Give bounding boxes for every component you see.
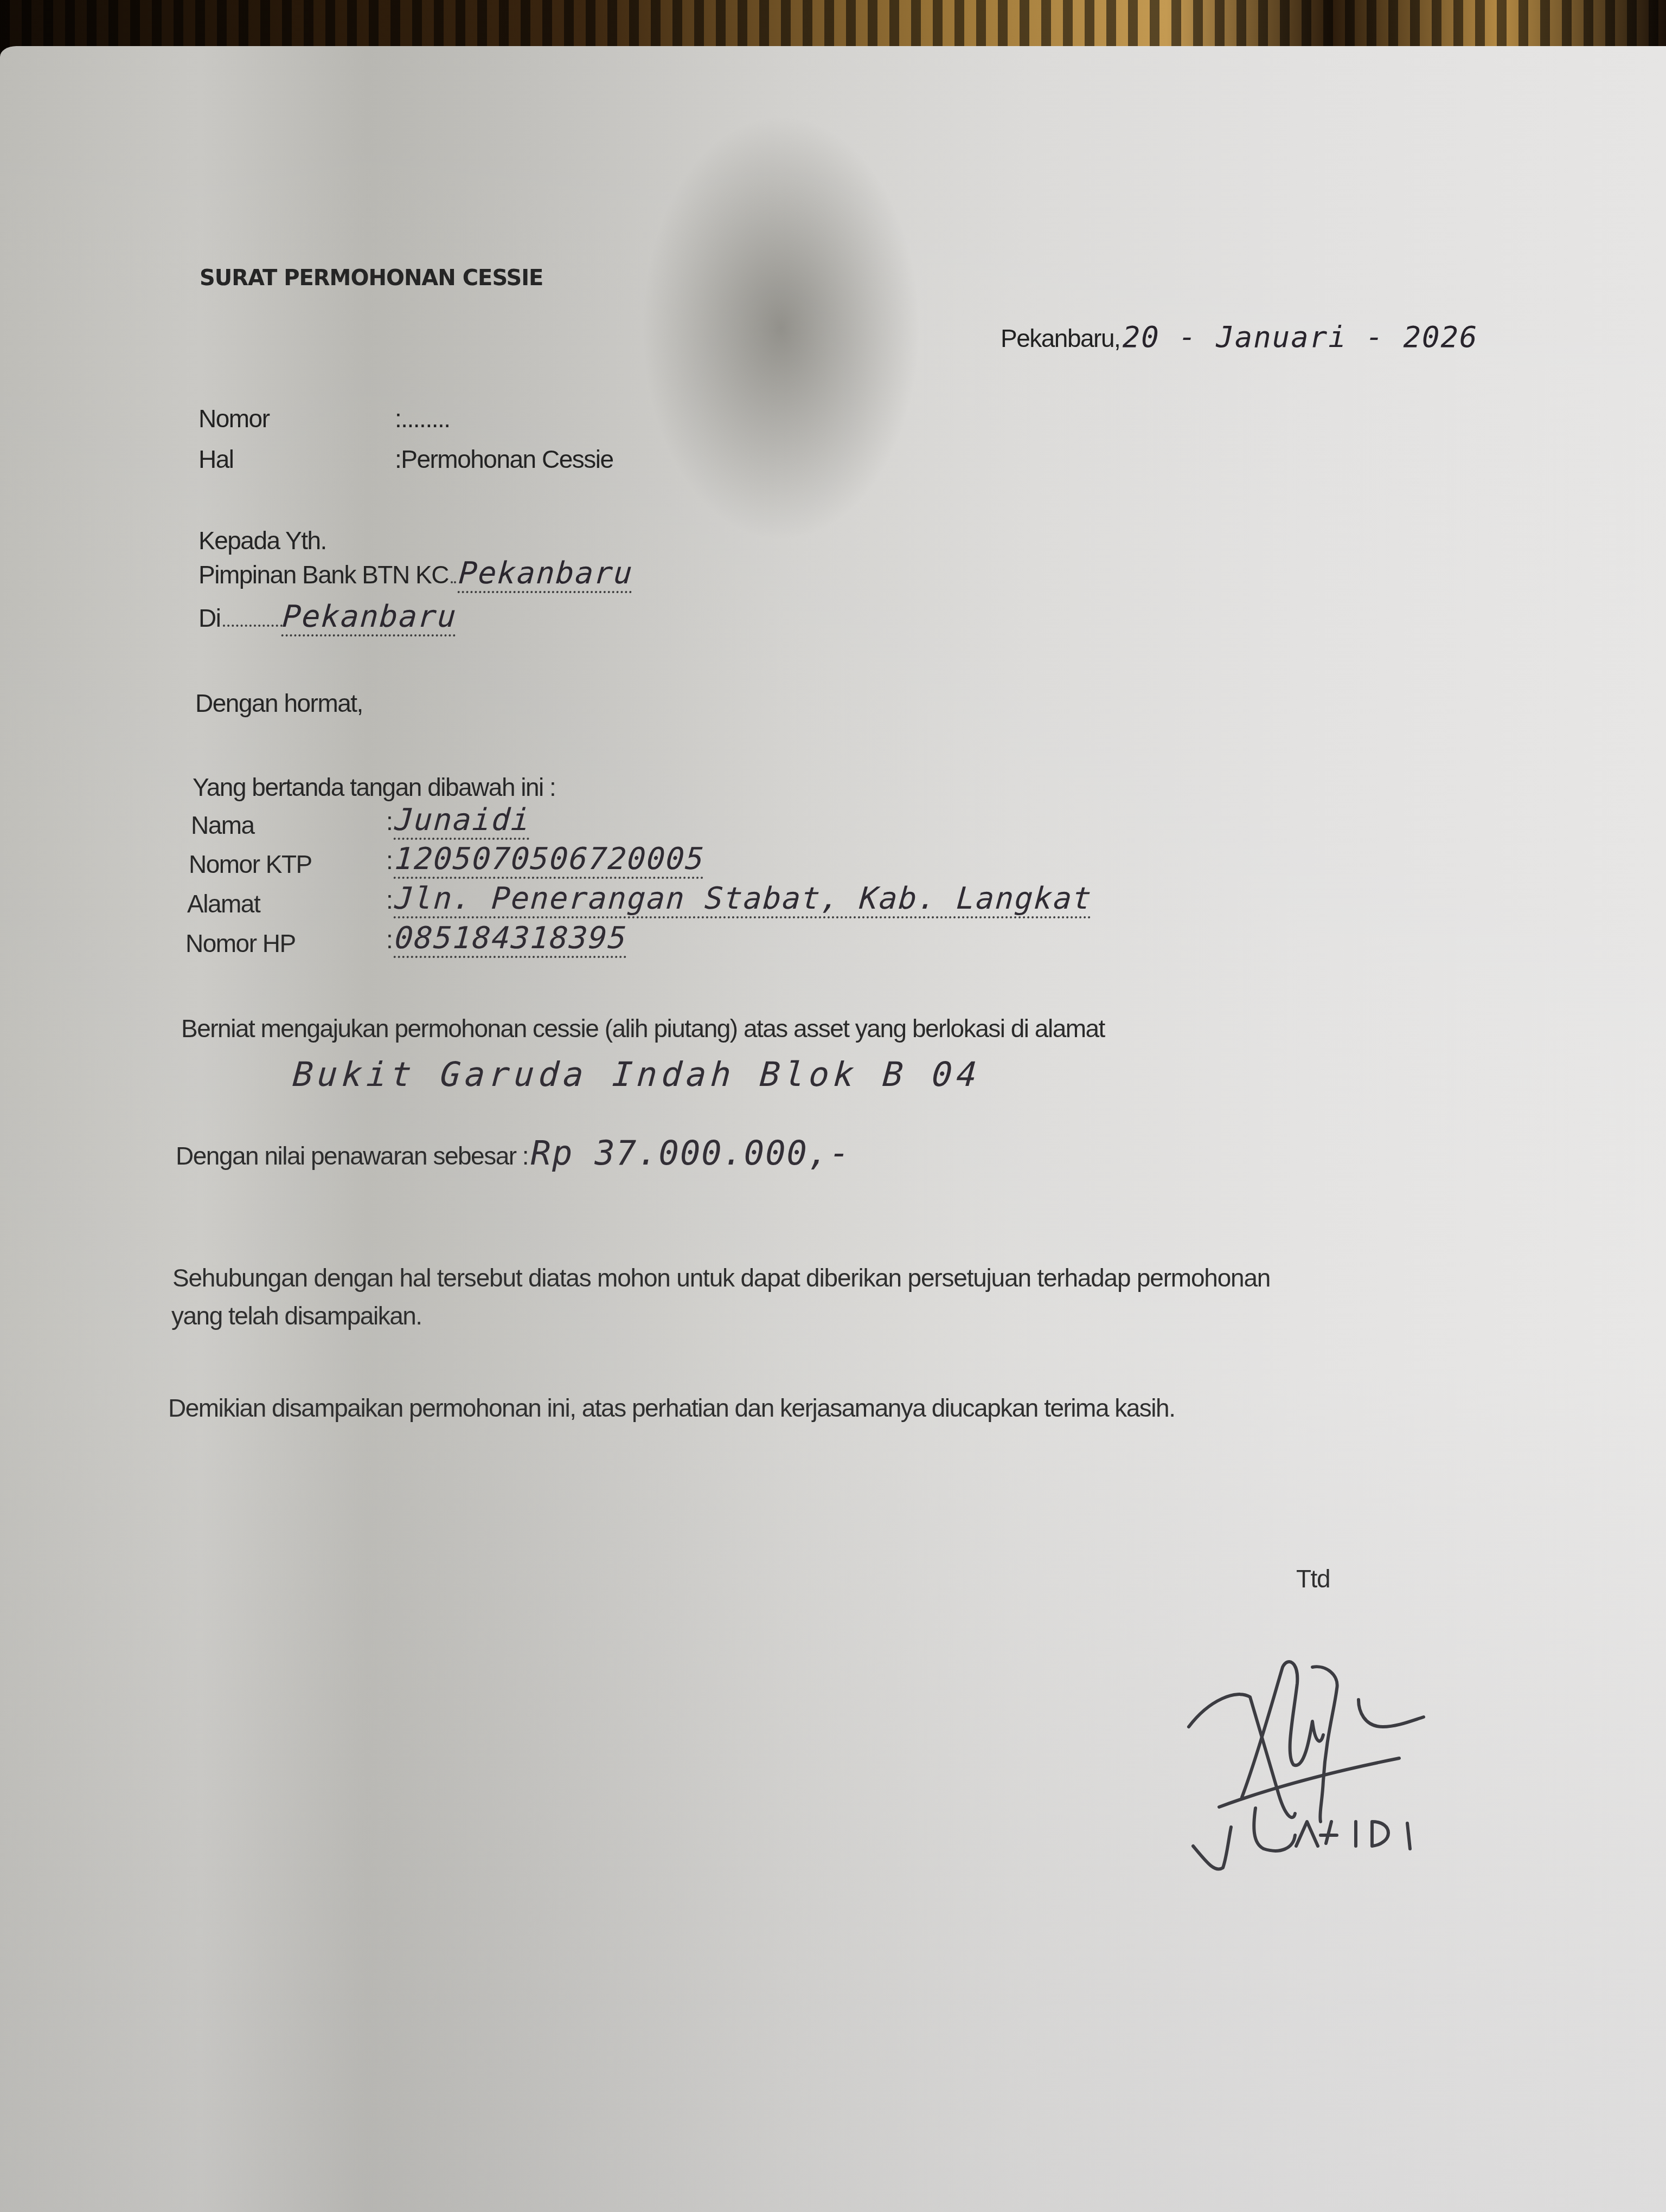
field-value-nomor: :........ (395, 404, 450, 433)
signature-name: JUNAIDI (1215, 1830, 1217, 1830)
field-label-ktp: Nomor KTP (189, 850, 312, 879)
place-label: Pekanbaru, (1001, 324, 1120, 352)
signature-scribble-icon (1177, 1635, 1481, 1873)
field-label-alamat: Alamat (187, 889, 260, 918)
field-label-hp: Nomor HP (185, 929, 296, 958)
field-value-hal: :Permohonan Cessie (395, 445, 613, 474)
intro-text: Yang bertanda tangan dibawah ini : (193, 773, 555, 802)
document-title: SURAT PERMOHONAN CESSIE (200, 266, 543, 291)
location-handwritten: Pekanbaru (281, 599, 458, 636)
field-label-nama: Nama (191, 811, 254, 840)
greeting: Dengan hormat, (195, 689, 363, 718)
date-handwritten: 20 - Januari - 2026 (1123, 320, 1478, 354)
closing-paragraph-2: Demikian disampaikan permohonan ini, ata… (168, 1393, 1175, 1423)
place-date: Pekanbaru, 20 - Januari - 2026 (1001, 320, 1478, 354)
addressee-line-location: Di Pekanbaru (198, 599, 457, 636)
offer-value-handwritten: Rp 37.000.000,- (531, 1133, 851, 1173)
asset-location-handwritten: Bukit Garuda Indah Blok B 04 (291, 1054, 982, 1094)
field-value-nama: : Junaidi (386, 802, 530, 840)
intent-text: Berniat mengajukan permohonan cessie (al… (181, 1014, 1105, 1043)
field-value-ktp: : 1205070506720005 (386, 841, 704, 879)
field-value-hp: : 085184318395 (386, 921, 627, 958)
offer-line: Dengan nilai penawaran sebesar : Rp 37.0… (176, 1133, 851, 1173)
signature-label: Ttd (1296, 1564, 1330, 1593)
branch-handwritten: Pekanbaru (457, 556, 634, 593)
addressee-salutation: Kepada Yth. (198, 526, 326, 555)
field-label-hal: Hal (198, 445, 234, 474)
letter-page: SURAT PERMOHONAN CESSIE Pekanbaru, 20 - … (0, 46, 1666, 2212)
addressee-line-branch: Pimpinan Bank BTN KC Pekanbaru (198, 556, 633, 593)
field-value-alamat: : Jln. Penerangan Stabat, Kab. Langkat (386, 881, 1092, 918)
field-label-nomor: Nomor (198, 404, 270, 433)
closing-paragraph-1-line-1: Sehubungan dengan hal tersebut diatas mo… (172, 1263, 1270, 1293)
offer-label: Dengan nilai penawaran sebesar : (176, 1142, 528, 1170)
closing-paragraph-1-line-2: yang telah disampaikan. (171, 1301, 422, 1330)
